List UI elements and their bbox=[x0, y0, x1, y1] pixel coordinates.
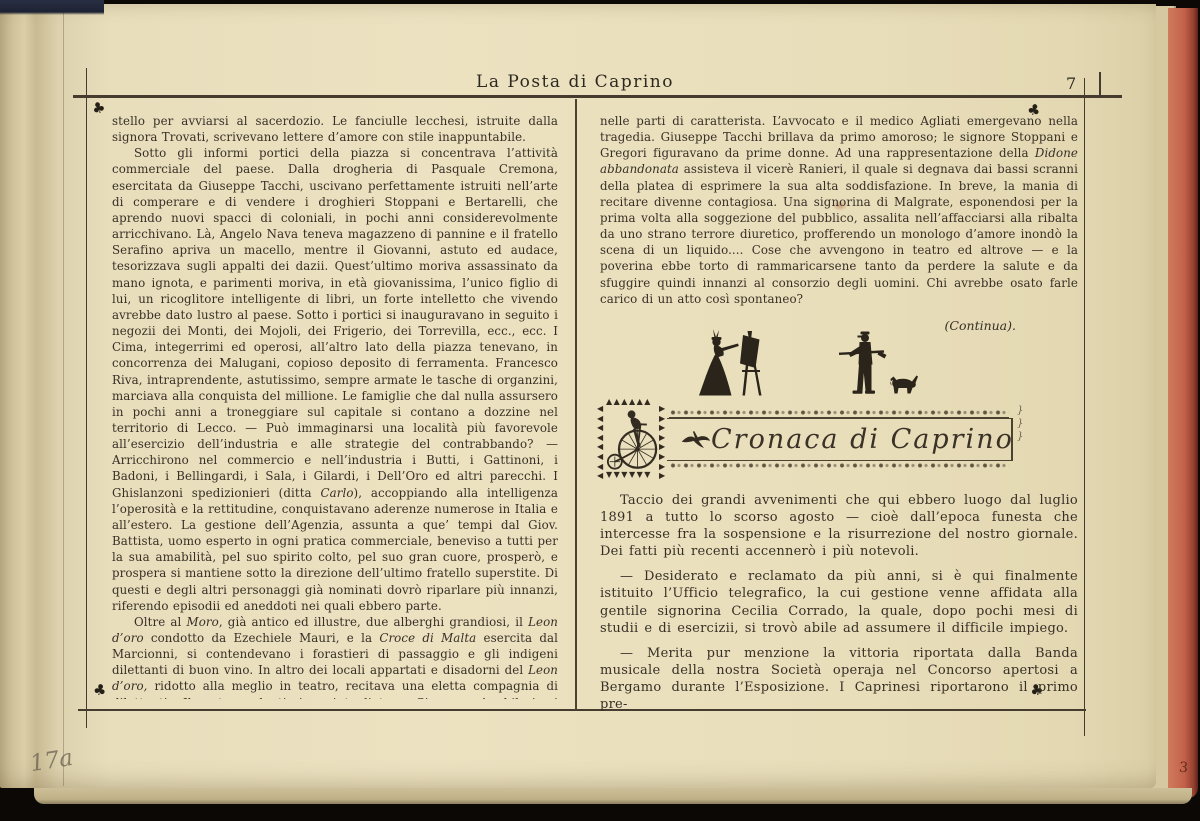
chain-ornament bbox=[669, 460, 1009, 470]
section-title: Cronaca di Caprino bbox=[711, 424, 1024, 455]
edge-annotation: 3 bbox=[1178, 760, 1189, 777]
page-number: 7 bbox=[1066, 74, 1076, 93]
paragraph: Sotto gli informi portici della piazza s… bbox=[112, 145, 558, 614]
header-rule bbox=[73, 95, 1122, 98]
right-text-column-news: Taccio dei grandi avvenimenti che qui eb… bbox=[600, 492, 1078, 721]
left-frame-rule bbox=[86, 68, 87, 728]
page-stack-bottom-edge bbox=[34, 788, 1192, 804]
right-frame-rule bbox=[1084, 78, 1085, 736]
cover-corner bbox=[0, 0, 104, 15]
paragraph: stello per avviarsi al sacerdozio. Le fa… bbox=[112, 113, 558, 145]
banner-curl-ornament: } } } bbox=[1017, 404, 1023, 443]
cronaca-banner: ▲▲▲▲▲▲ ▼▼▼▼▼▼ ◀◀◀◀◀◀◀◀ ▶▶▶▶▶▶▶▶ bbox=[597, 396, 1029, 482]
triangle-border-left: ◀◀◀◀◀◀◀◀ bbox=[597, 404, 606, 481]
newspaper-title: La Posta di Caprino bbox=[455, 72, 695, 92]
penny-farthing-icon bbox=[606, 405, 658, 471]
page-crease bbox=[63, 4, 64, 786]
paragraph: — Merita pur menzione la vittoria riport… bbox=[600, 645, 1078, 713]
hat-plume bbox=[713, 329, 719, 338]
paragraph: Oltre al Moro, già antico ed illustre, d… bbox=[112, 614, 558, 699]
swallow-icon bbox=[681, 430, 711, 450]
banner-square: ▲▲▲▲▲▲ ▼▼▼▼▼▼ ◀◀◀◀◀◀◀◀ ▶▶▶▶▶▶▶▶ bbox=[597, 397, 668, 479]
column-divider-rule bbox=[575, 99, 577, 711]
banner-bar: Cronaca di Caprino bbox=[667, 412, 1014, 466]
left-text-column: stello per avviarsi al sacerdozio. Le fa… bbox=[112, 113, 558, 699]
book-cover-red-edge bbox=[1168, 8, 1198, 798]
silhouette-illustration bbox=[693, 328, 949, 398]
chain-ornament bbox=[669, 408, 1009, 418]
triangle-border-bottom: ▼▼▼▼▼▼ bbox=[606, 470, 652, 480]
right-text-column-top: nelle parti di caratterista. L’avvocato … bbox=[600, 113, 1078, 307]
scanned-book-page: ♣ ♣ ♣ ♣ La Posta di Caprino 7 stello per… bbox=[0, 0, 1200, 821]
paragraph: nelle parti di caratterista. L’avvocato … bbox=[600, 113, 1078, 307]
paragraph: — Desiderato e reclamato da più anni, si… bbox=[600, 568, 1078, 636]
banner-frame: Cronaca di Caprino bbox=[667, 418, 1013, 461]
paragraph: Taccio dei grandi avvenimenti che qui eb… bbox=[600, 492, 1078, 560]
page-number-tick bbox=[1099, 72, 1101, 95]
